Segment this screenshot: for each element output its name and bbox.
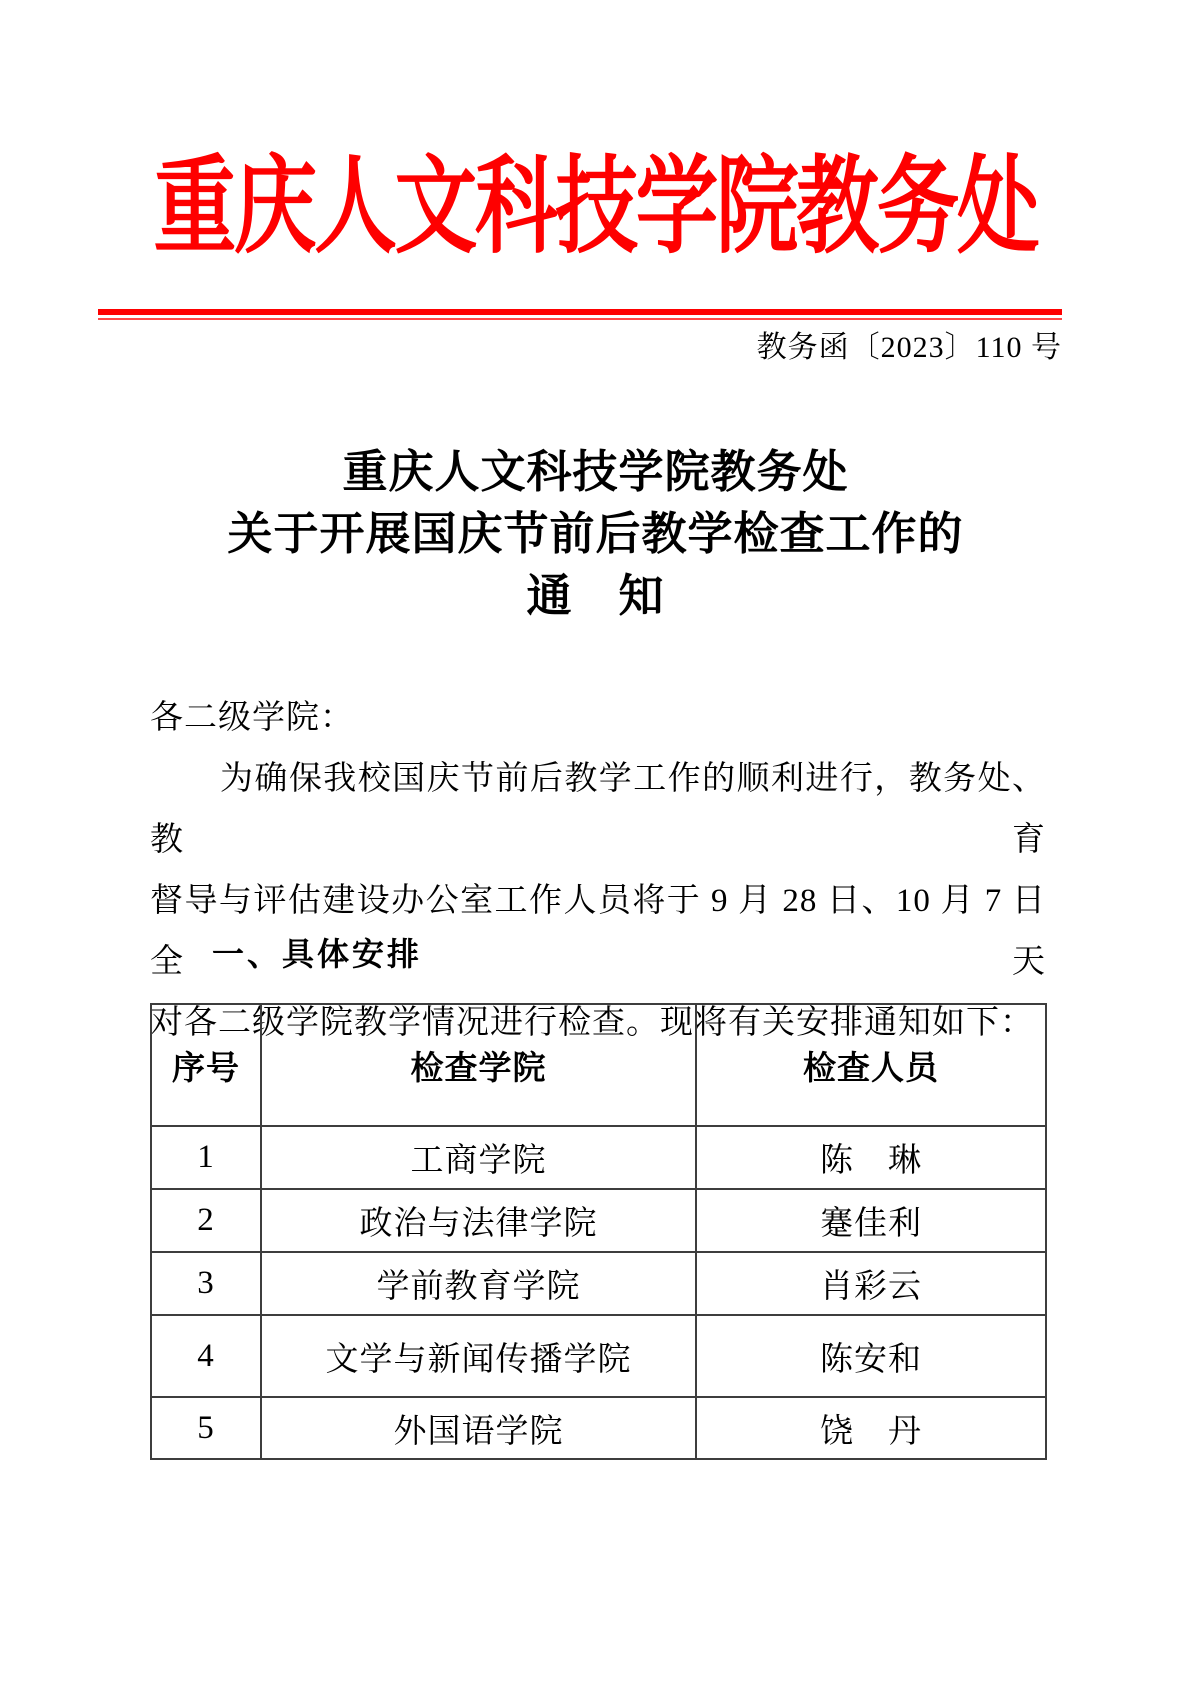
- cell-inspector: 饶 丹: [696, 1397, 1046, 1459]
- header-cell-college: 检查学院: [261, 1004, 696, 1126]
- letterhead-title-text: 重庆人文科技学院教务处: [154, 152, 1038, 264]
- separator-thick-line: [98, 309, 1062, 315]
- notice-title: 重庆人文科技学院教务处 关于开展国庆节前后教学检查工作的 通 知: [0, 441, 1191, 627]
- table-row: 1 工商学院 陈 琳: [151, 1126, 1046, 1189]
- cell-inspector: 陈 琳: [696, 1126, 1046, 1189]
- letterhead-separator: [98, 309, 1062, 320]
- inspection-schedule-table: 序号 检查学院 检查人员 1 工商学院 陈 琳 2 政治与法律学院 蹇佳利 3 …: [150, 1003, 1047, 1460]
- section-heading-arrangements: 一、具体安排: [212, 936, 422, 972]
- paragraph-line-2: 督导与评估建设办公室工作人员将于 9 月 28 日、10 月 7 日全天: [150, 871, 1046, 993]
- document-number: 教务函〔2023〕110 号: [757, 331, 1062, 365]
- table-header-row: 序号 检查学院 检查人员: [151, 1004, 1046, 1126]
- cell-college: 学前教育学院: [261, 1252, 696, 1315]
- letterhead-title: 重庆人文科技学院教务处: [0, 152, 1191, 264]
- document-page: 重庆人文科技学院教务处 教务函〔2023〕110 号 重庆人文科技学院教务处 关…: [0, 0, 1191, 1684]
- cell-inspector: 肖彩云: [696, 1252, 1046, 1315]
- notice-title-line-3: 通 知: [0, 565, 1191, 627]
- salutation: 各二级学院：: [150, 688, 1046, 749]
- notice-title-line-2: 关于开展国庆节前后教学检查工作的: [0, 503, 1191, 565]
- cell-index: 2: [151, 1189, 261, 1252]
- header-cell-index: 序号: [151, 1004, 261, 1126]
- cell-index: 5: [151, 1397, 261, 1459]
- cell-college: 外国语学院: [261, 1397, 696, 1459]
- cell-college: 工商学院: [261, 1126, 696, 1189]
- table-row: 3 学前教育学院 肖彩云: [151, 1252, 1046, 1315]
- cell-index: 3: [151, 1252, 261, 1315]
- cell-index: 1: [151, 1126, 261, 1189]
- notice-title-line-1: 重庆人文科技学院教务处: [0, 441, 1191, 503]
- cell-inspector: 陈安和: [696, 1315, 1046, 1397]
- separator-thin-line: [98, 318, 1062, 320]
- header-cell-inspector: 检查人员: [696, 1004, 1046, 1126]
- table-row: 2 政治与法律学院 蹇佳利: [151, 1189, 1046, 1252]
- table-row: 4 文学与新闻传播学院 陈安和: [151, 1315, 1046, 1397]
- cell-college: 文学与新闻传播学院: [261, 1315, 696, 1397]
- cell-inspector: 蹇佳利: [696, 1189, 1046, 1252]
- cell-college: 政治与法律学院: [261, 1189, 696, 1252]
- notice-body: 各二级学院： 为确保我校国庆节前后教学工作的顺利进行，教务处、教育 督导与评估建…: [150, 688, 1046, 1054]
- paragraph-line-1: 为确保我校国庆节前后教学工作的顺利进行，教务处、教育: [150, 749, 1046, 871]
- table-row: 5 外国语学院 饶 丹: [151, 1397, 1046, 1459]
- cell-index: 4: [151, 1315, 261, 1397]
